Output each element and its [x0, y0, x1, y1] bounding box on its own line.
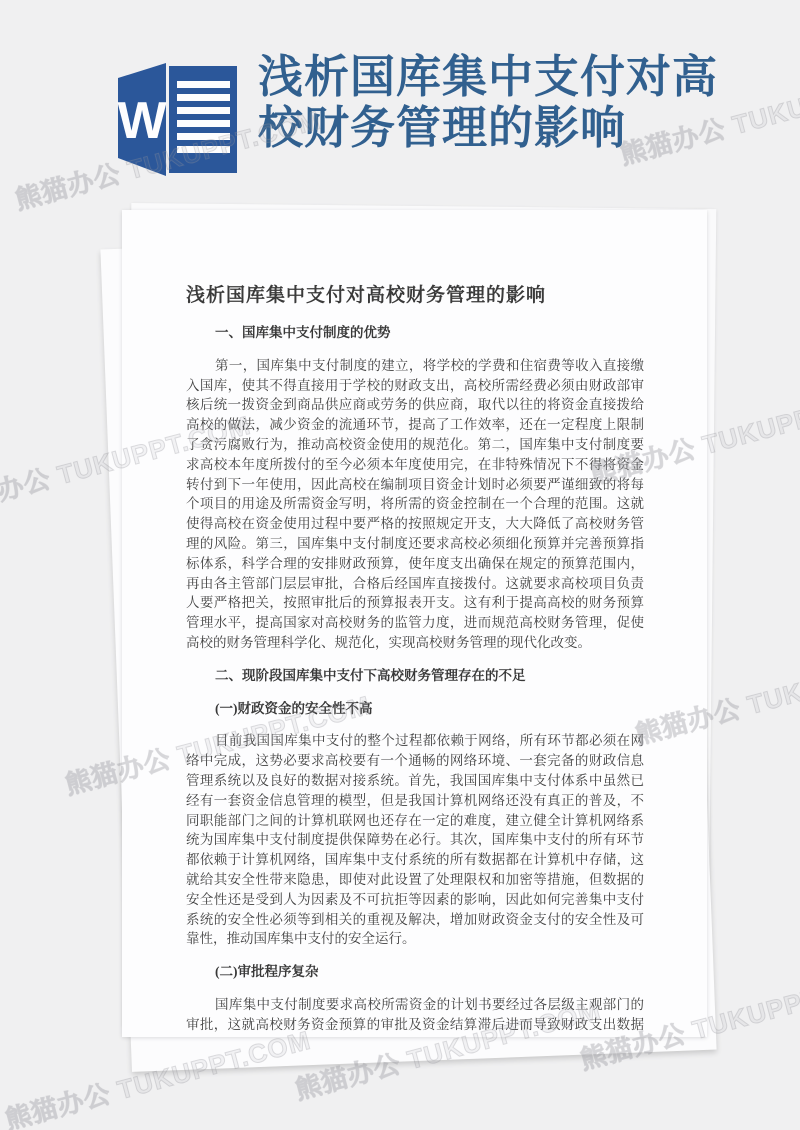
document-body: 一、国库集中支付制度的优势第一，国库集中支付制度的建立，将学校的学费和住宿费等收…: [186, 323, 644, 1037]
section-heading: (一)财政资金的安全性不高: [186, 699, 644, 719]
word-icon-w-letter: W: [117, 92, 167, 150]
doc-paragraph: 国库集中支付制度要求高校所需资金的计划书要经过各层级主观部门的审批，这就高校财务…: [186, 995, 644, 1037]
section-heading: (二)审批程序复杂: [186, 962, 644, 982]
section-heading: 二、现阶段国库集中支付下高校财务管理存在的不足: [186, 666, 644, 686]
header-document-title: 浅析国库集中支付对高校财务管理的影响: [258, 52, 744, 154]
document-page: 浅析国库集中支付对高校财务管理的影响 一、国库集中支付制度的优势第一，国库集中支…: [122, 210, 707, 1037]
section-heading: 一、国库集中支付制度的优势: [186, 323, 644, 343]
word-file-icon: W: [113, 57, 237, 180]
doc-paragraph: 第一，国库集中支付制度的建立，将学校的学费和住宿费等收入直接缴入国库，使其不得直…: [186, 356, 644, 653]
doc-paragraph: 目前我国国库集中支付的整个过程都依赖于网络，所有环节都必须在网络中完成，这势必要…: [186, 731, 644, 949]
page-background: W 浅析国库集中支付对高校财务管理的影响 浅析国库集中支付对高校财务管理的影响 …: [0, 0, 800, 1130]
document-title: 浅析国库集中支付对高校财务管理的影响: [186, 282, 644, 310]
document-header: W 浅析国库集中支付对高校财务管理的影响: [113, 52, 744, 180]
